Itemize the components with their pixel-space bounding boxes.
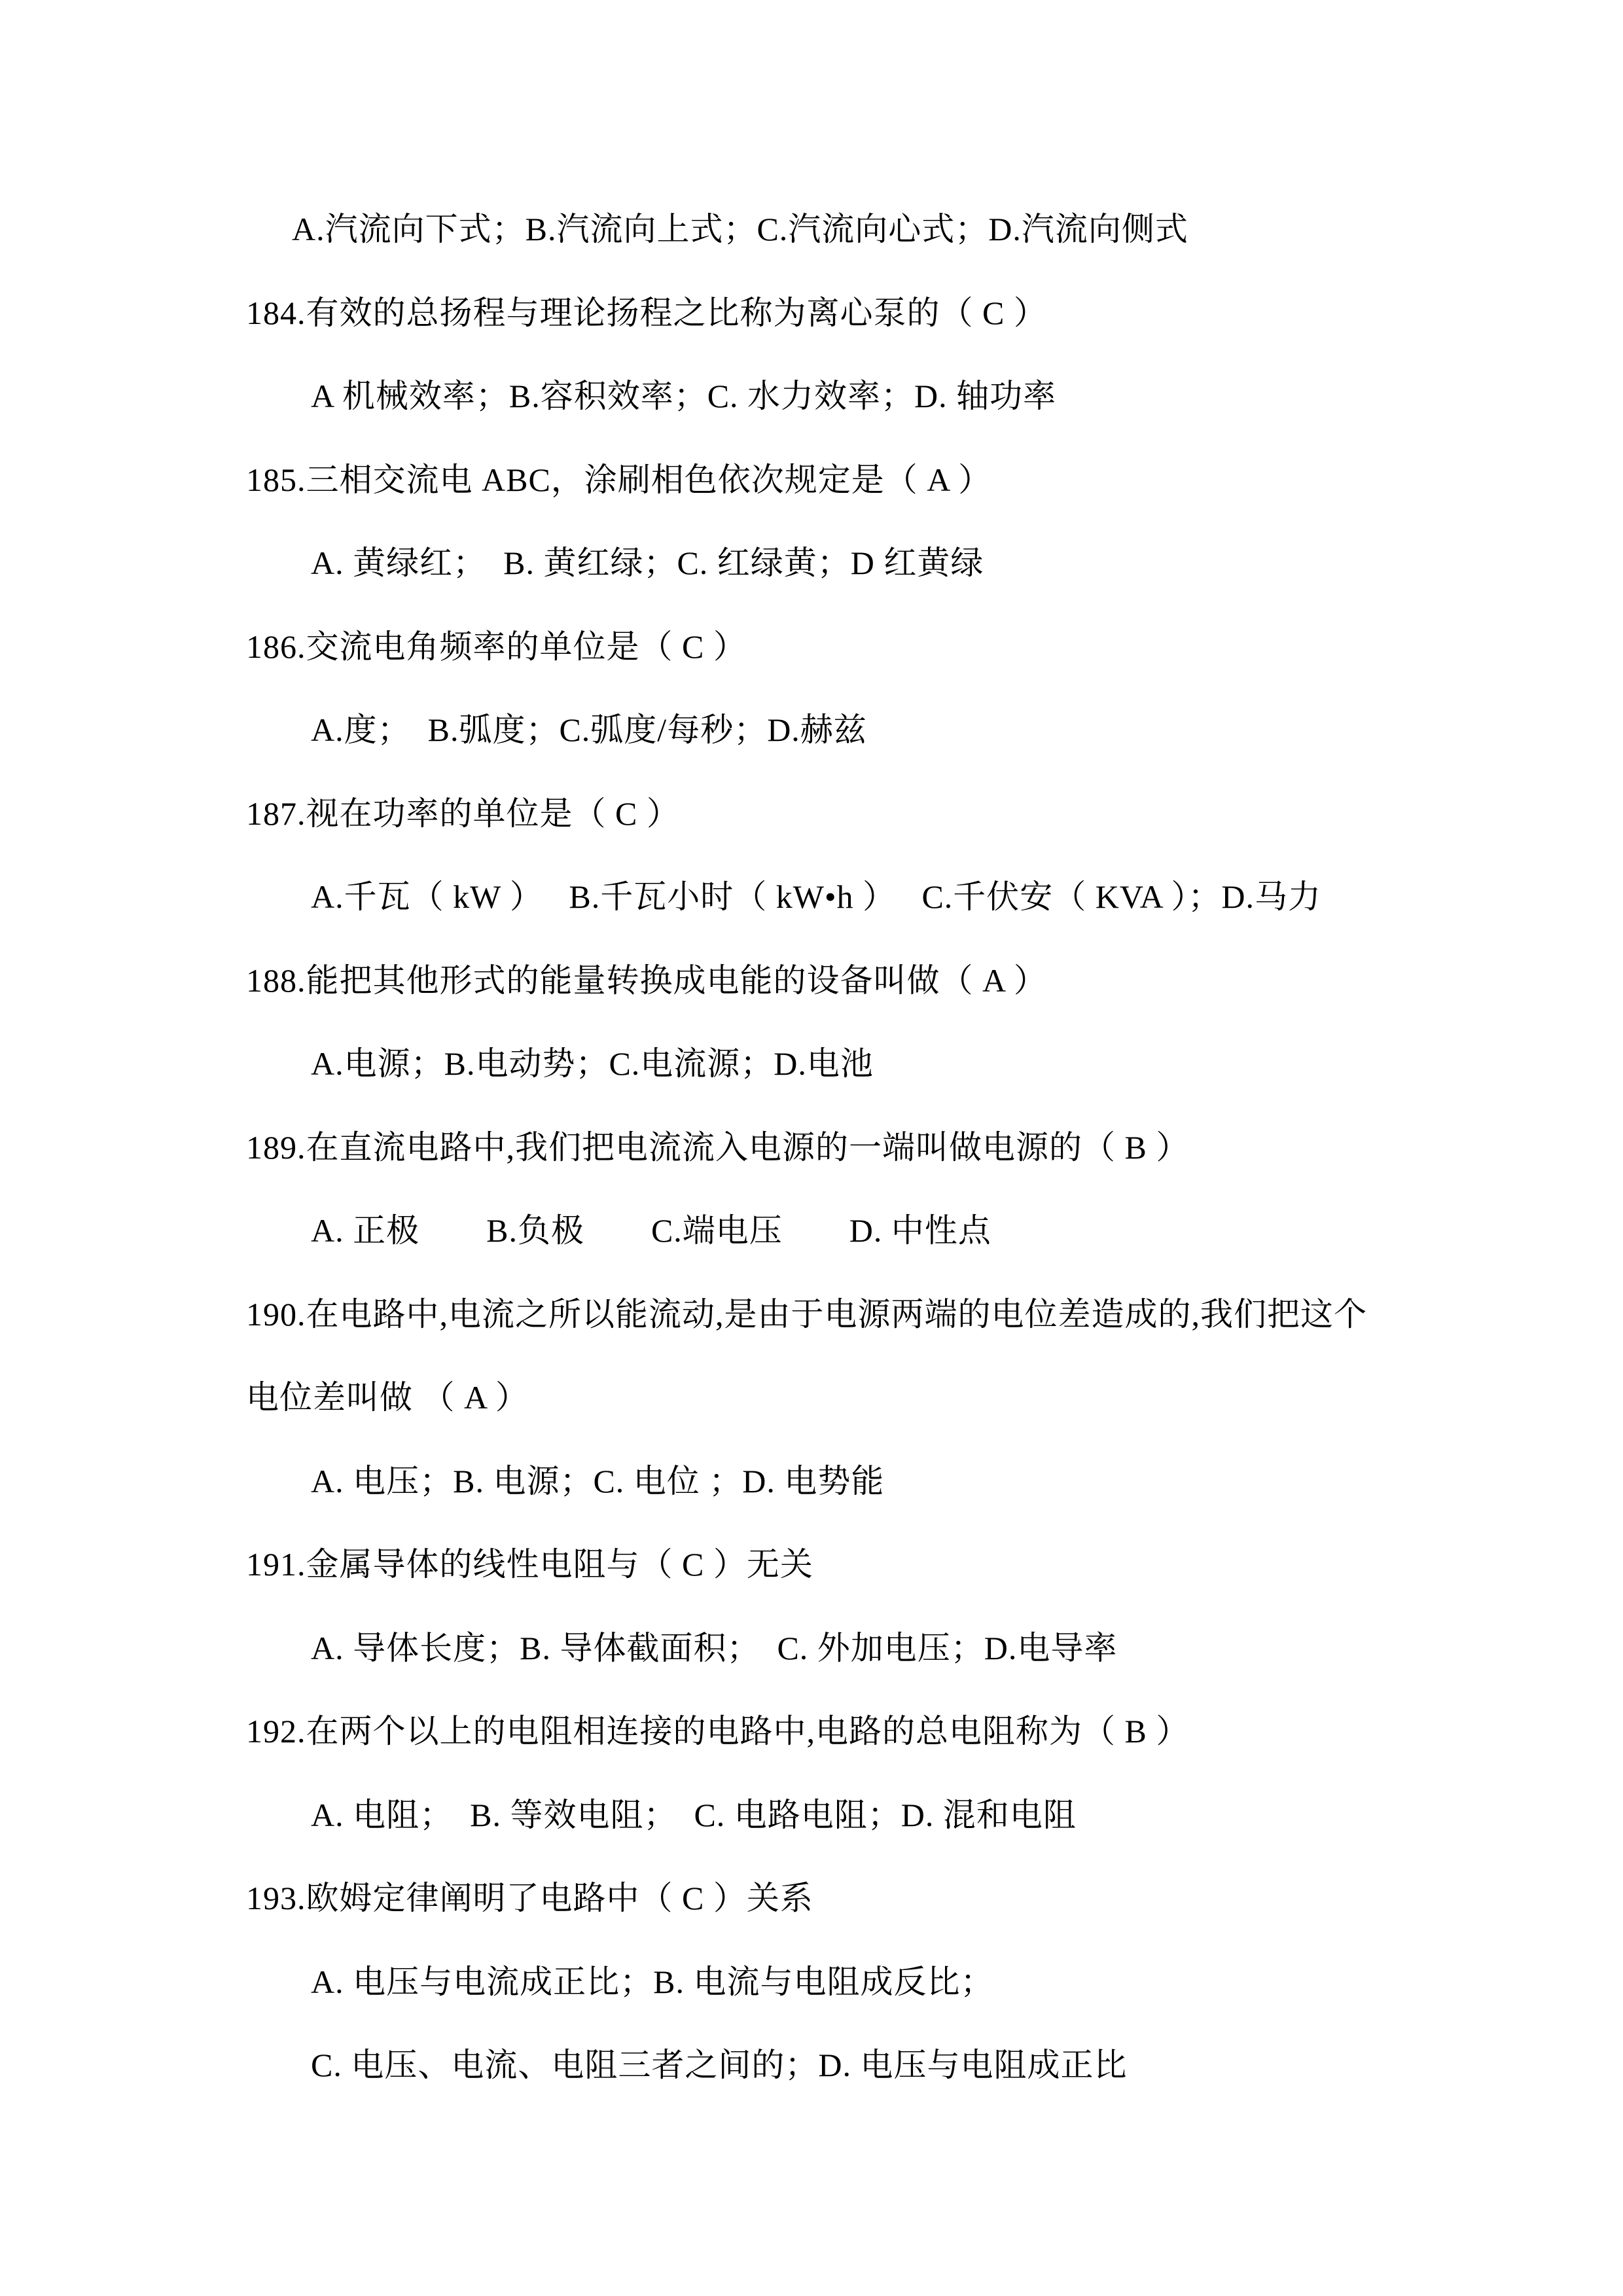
- question-191: 191.金属导体的线性电阻与（ C ）无关: [0, 1523, 1623, 1607]
- options-line-190: A. 电压；B. 电源；C. 电位 ；D. 电势能: [0, 1440, 1623, 1524]
- exam-document-page: A.汽流向下式；B.汽流向上式；C.汽流向心式；D.汽流向侧式 184.有效的总…: [0, 0, 1623, 2296]
- question-190: 190.在电路中,电流之所以能流动,是由于电源两端的电位差造成的,我们把这个: [0, 1273, 1623, 1357]
- options-line-186: A.度； B.弧度；C.弧度/每秒；D.赫兹: [0, 689, 1623, 772]
- options-line-185: A. 黄绿红； B. 黄红绿；C. 红绿黄；D 红黄绿: [0, 522, 1623, 605]
- question-193: 193.欧姆定律阐明了电路中（ C ）关系: [0, 1857, 1623, 1941]
- options-line-188: A.电源；B.电动势；C.电流源；D.电池: [0, 1022, 1623, 1106]
- question-189: 189.在直流电路中,我们把电流流入电源的一端叫做电源的（ B ）: [0, 1106, 1623, 1190]
- options-line-192: A. 电阻； B. 等效电阻； C. 电路电阻；D. 混和电阻: [0, 1774, 1623, 1857]
- options-line-184: A 机械效率；B.容积效率；C. 水力效率；D. 轴功率: [0, 355, 1623, 439]
- options-line-193-ab: A. 电压与电流成正比；B. 电流与电阻成反比；: [0, 1941, 1623, 2024]
- question-187: 187.视在功率的单位是（ C ）: [0, 772, 1623, 856]
- question-192: 192.在两个以上的电阻相连接的电路中,电路的总电阻称为（ B ）: [0, 1690, 1623, 1774]
- options-line-183: A.汽流向下式；B.汽流向上式；C.汽流向心式；D.汽流向侧式: [0, 188, 1623, 272]
- options-line-187: A.千瓦（ kW ） B.千瓦小时（ kW•h ） C.千伏安（ KVA ）；D…: [0, 855, 1623, 939]
- question-184: 184.有效的总扬程与理论扬程之比称为离心泵的（ C ）: [0, 272, 1623, 355]
- options-line-191: A. 导体长度；B. 导体截面积； C. 外加电压；D.电导率: [0, 1607, 1623, 1691]
- options-line-189: A. 正极 B.负极 C.端电压 D. 中性点: [0, 1189, 1623, 1273]
- question-190-continuation: 电位差叫做 （ A ）: [0, 1356, 1623, 1440]
- question-185: 185.三相交流电 ABC，涂刷相色依次规定是（ A ）: [0, 439, 1623, 522]
- options-line-193-cd: C. 电压、电流、电阻三者之间的；D. 电压与电阻成正比: [0, 2024, 1623, 2108]
- question-186: 186.交流电角频率的单位是（ C ）: [0, 605, 1623, 689]
- question-188: 188.能把其他形式的能量转换成电能的设备叫做（ A ）: [0, 939, 1623, 1023]
